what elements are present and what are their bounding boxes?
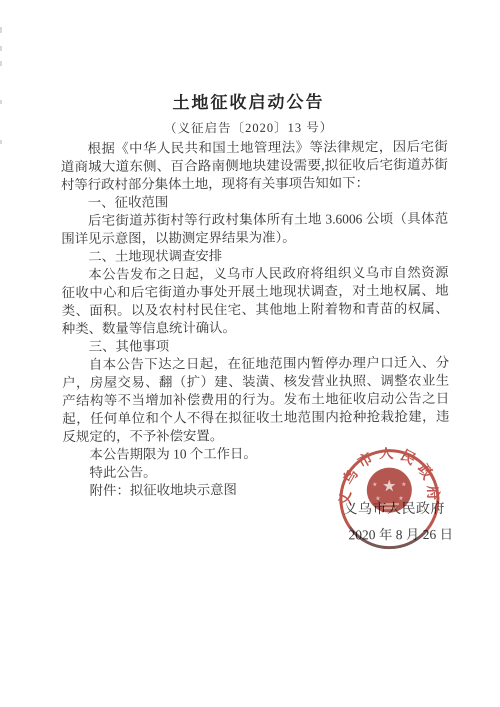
document-number: （义征启告〔2020〕13 号） xyxy=(0,116,499,137)
emblem-star-small: ★ xyxy=(398,495,403,502)
emblem-star-small: ★ xyxy=(401,481,406,488)
announcement-body: 根据《中华人民共和国土地管理法》等法律规定，因后宅街道商城大道东侧、百合路南侧地… xyxy=(61,138,450,500)
scanned-announcement-page: 土地征收启动公告 （义征启告〔2020〕13 号） 根据《中华人民共和国土地管理… xyxy=(0,0,500,707)
paragraph-intro: 根据《中华人民共和国土地管理法》等法律规定，因后宅街道商城大道东侧、百合路南侧地… xyxy=(61,138,448,194)
emblem-gate-bar xyxy=(383,507,396,509)
section-heading-2: 二、土地现状调查安排 xyxy=(61,246,448,266)
emblem-star-small: ★ xyxy=(372,481,377,488)
paragraph-survey: 本公告发布之日起，义乌市人民政府将组织义乌市自然资源征收中心和后宅街道办事处开展… xyxy=(61,264,448,338)
paragraph-other: 自本公告下达之日起，在征地范围内暂停办理户口迁入、分户，房屋交易、翻（扩）建、装… xyxy=(62,354,450,446)
section-heading-3: 三、其他事项 xyxy=(62,336,449,356)
seal-ring-dark-arc xyxy=(350,527,427,548)
page-title: 土地征收启动公告 xyxy=(0,86,499,114)
document-content: 土地征收启动公告 （义征启告〔2020〕13 号） 根据《中华人民共和国土地管理… xyxy=(0,0,500,707)
paragraph-scope: 后宅街道苏街村等行政村集体所有土地 3.6006 公顷（具体范围详见示意图，以勘… xyxy=(61,210,448,248)
emblem-star-large: ★ xyxy=(382,476,396,495)
official-seal-stamp: ★ ★ ★ ★ ★ 义乌市人民政府 xyxy=(337,447,443,558)
emblem-gate-bar xyxy=(380,503,399,505)
section-heading-1: 一、征收范围 xyxy=(61,192,448,212)
emblem-star-small: ★ xyxy=(375,495,380,502)
